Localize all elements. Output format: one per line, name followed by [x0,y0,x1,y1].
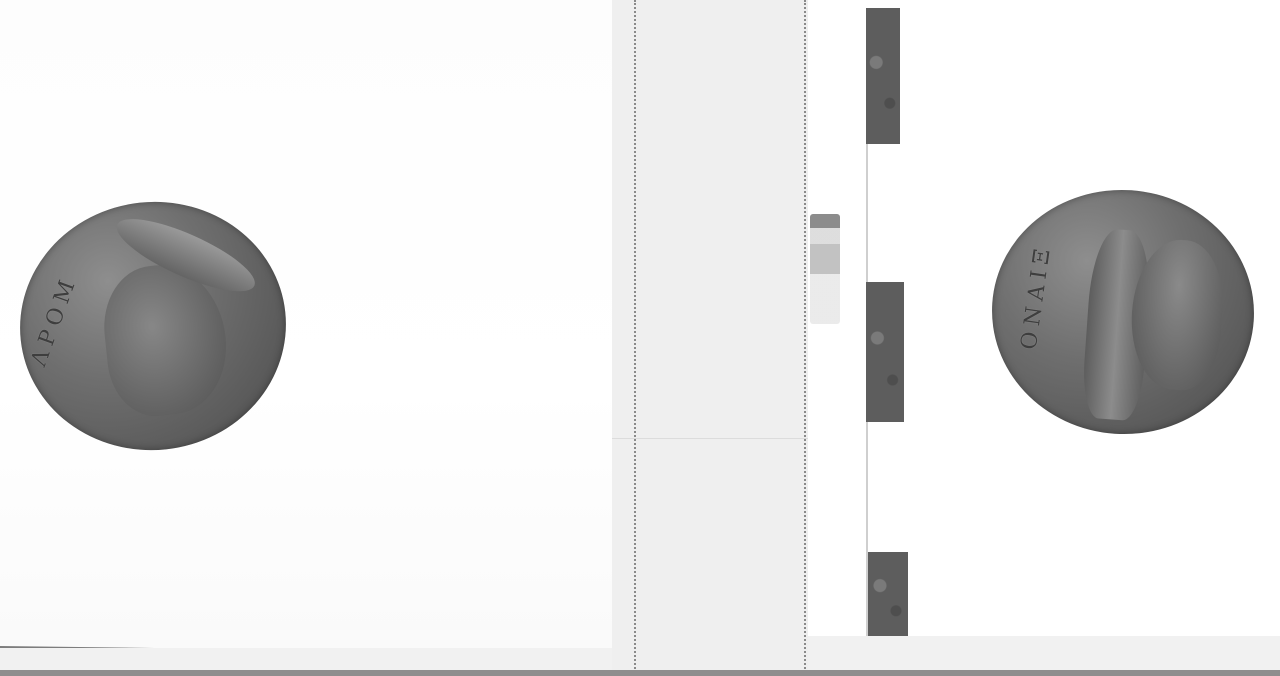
scale-bar-segment-dark [866,282,904,422]
perforation-line-left [634,0,636,676]
card-shadow-right [808,636,1280,670]
bottom-edge [0,670,1280,676]
perforation-line-right [804,0,806,676]
center-paper-strip [612,0,808,676]
paper-crease [612,438,808,439]
reverse-legend: ΟΝΑΙΞ [1017,242,1057,352]
scale-bar-segment-dark [866,8,900,144]
card-shadow-left [0,648,612,670]
scale-bar-smudge [810,214,840,324]
scale-bar-segment-dark [868,552,908,636]
obverse-legend: ΛΡΟΜ [27,272,83,370]
